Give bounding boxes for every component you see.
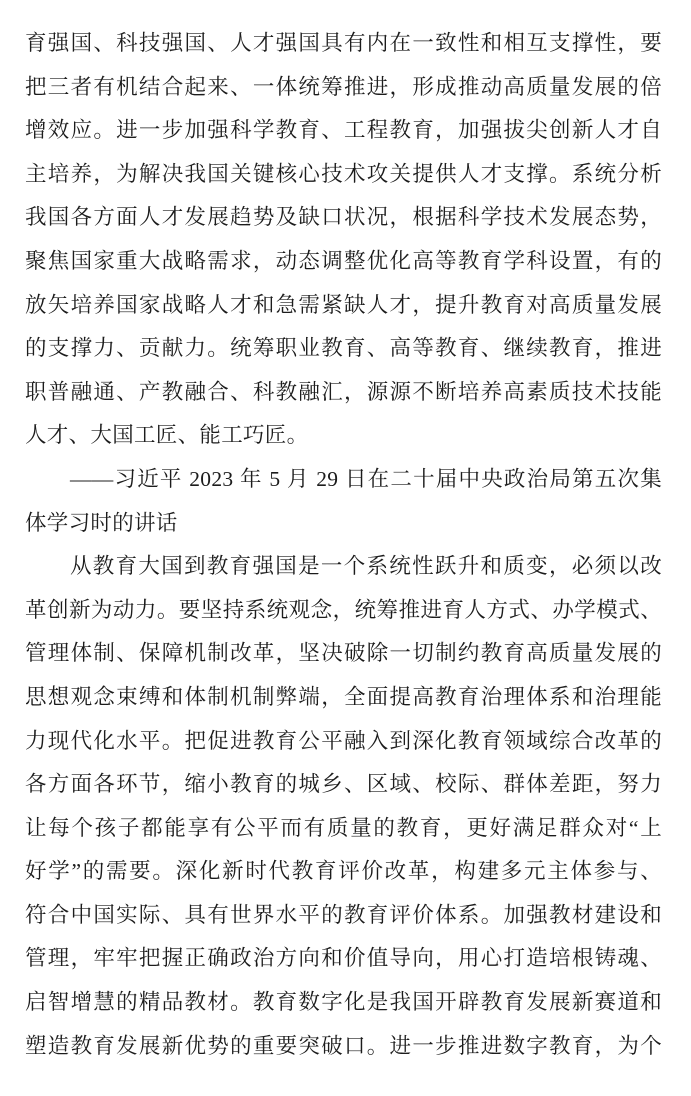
text-line: 力现代化水平。把促进教育公平融入到深化教育领域综合改革的 — [25, 720, 662, 764]
text-line: 塑造教育发展新优势的重要突破口。进一步推进数字教育，为个 — [25, 1025, 662, 1069]
text-line: 管理体制、保障机制改革，坚决破除一切制约教育高质量发展的 — [25, 632, 662, 676]
text-line: 增效应。进一步加强科学教育、工程教育，加强拔尖创新人才自 — [25, 109, 662, 153]
text-line: 思想观念束缚和体制机制弊端，全面提高教育治理体系和治理能 — [25, 676, 662, 720]
text-line: 职普融通、产教融合、科教融汇，源源不断培养高素质技术技能 — [25, 371, 662, 415]
text-line: 把三者有机结合起来、一体统筹推进，形成推动高质量发展的倍 — [25, 66, 662, 110]
text-line: 从教育大国到教育强国是一个系统性跃升和质变，必须以改 — [25, 545, 662, 589]
paragraph-quote-body-continuation: 育强国、科技强国、人才强国具有内在一致性和相互支撑性，要 把三者有机结合起来、一… — [25, 22, 662, 458]
text-line: 革创新为动力。要坚持系统观念，统筹推进育人方式、办学模式、 — [25, 589, 662, 633]
paragraph-quote-body: 从教育大国到教育强国是一个系统性跃升和质变，必须以改 革创新为动力。要坚持系统观… — [25, 545, 662, 1068]
text-line: 好学”的需要。深化新时代教育评价改革，构建多元主体参与、 — [25, 850, 662, 894]
text-line: 管理，牢牢把握正确政治方向和价值导向，用心打造培根铸魂、 — [25, 937, 662, 981]
paragraph-quote-attribution: ——习近平 2023 年 5 月 29 日在二十届中央政治局第五次集 体学习时的… — [25, 458, 662, 545]
text-line: 的支撑力、贡献力。统筹职业教育、高等教育、继续教育，推进 — [25, 327, 662, 371]
text-line: 启智增慧的精品教材。教育数字化是我国开辟教育发展新赛道和 — [25, 981, 662, 1025]
text-line: 主培养，为解决我国关键核心技术攻关提供人才支撑。系统分析 — [25, 153, 662, 197]
text-line: 聚焦国家重大战略需求，动态调整优化高等教育学科设置，有的 — [25, 240, 662, 284]
text-line: 符合中国实际、具有世界水平的教育评价体系。加强教材建设和 — [25, 894, 662, 938]
text-line: 我国各方面人才发展趋势及缺口状况，根据科学技术发展态势， — [25, 196, 662, 240]
attribution-line: ——习近平 2023 年 5 月 29 日在二十届中央政治局第五次集 — [25, 458, 662, 502]
text-line: 放矢培养国家战略人才和急需紧缺人才，提升教育对高质量发展 — [25, 284, 662, 328]
text-line: 育强国、科技强国、人才强国具有内在一致性和相互支撑性，要 — [25, 22, 662, 66]
text-line: 各方面各环节，缩小教育的城乡、区域、校际、群体差距，努力 — [25, 763, 662, 807]
text-line: 人才、大国工匠、能工巧匠。 — [25, 414, 662, 458]
text-line: 让每个孩子都能享有公平而有质量的教育，更好满足群众对“上 — [25, 807, 662, 851]
document-page: 育强国、科技强国、人才强国具有内在一致性和相互支撑性，要 把三者有机结合起来、一… — [0, 0, 691, 1096]
attribution-line: 体学习时的讲话 — [25, 502, 662, 546]
